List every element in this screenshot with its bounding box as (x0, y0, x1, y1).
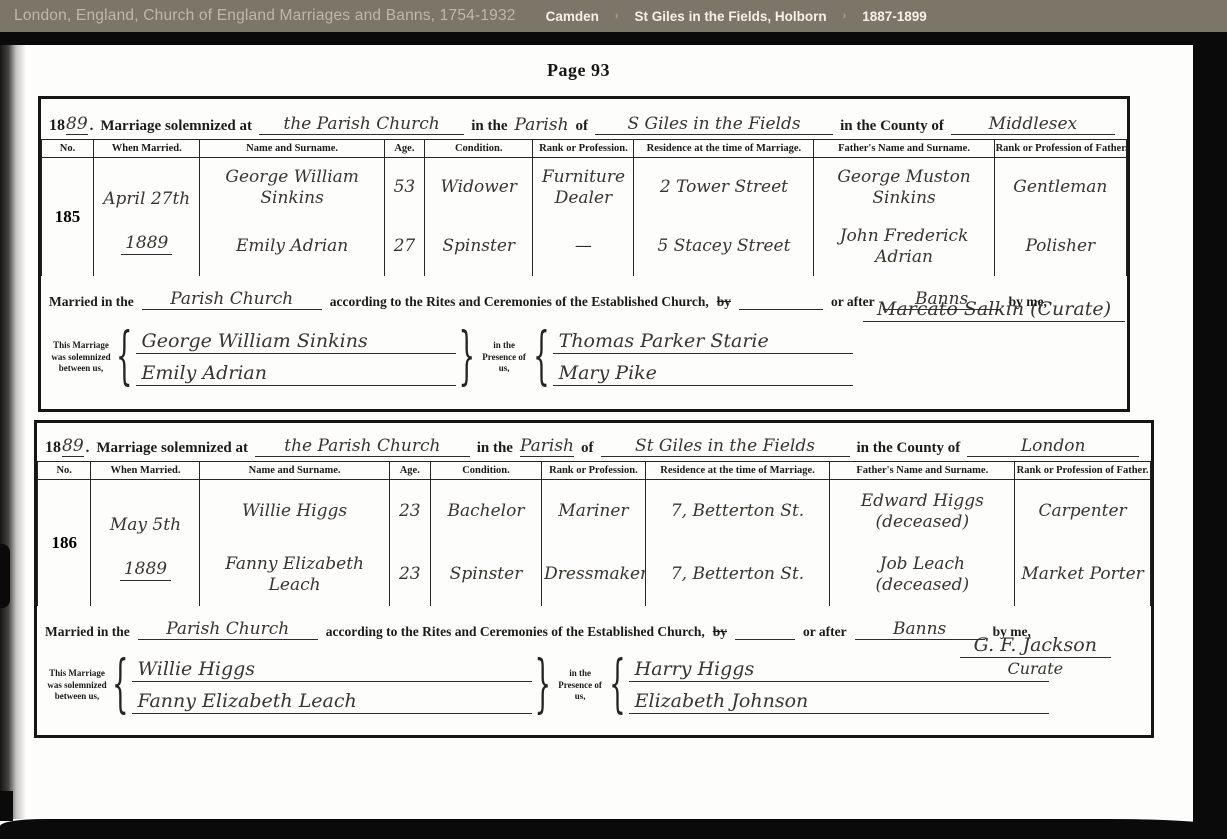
record-title-line: 18 89 . Marriage solemnized at the Paris… (37, 423, 1151, 461)
groom-name: George William Sinkins (200, 158, 384, 219)
officiant-signature: G. F. Jackson (960, 634, 1111, 658)
bride-condition: Spinster (430, 544, 541, 606)
label-married-in: Married in the (49, 294, 134, 310)
groom-signature: Willie Higgs (132, 658, 532, 682)
col-name-surname: Name and Surname. (200, 140, 384, 158)
label-by-struck: by (713, 624, 727, 640)
groom-father-profession: Gentleman (994, 158, 1126, 219)
marriage-record-186: 18 89 . Marriage solemnized at the Paris… (34, 420, 1154, 738)
year-handwritten: 89 (62, 436, 84, 457)
groom-profession: Mariner (542, 480, 646, 545)
officiant-signature-block: G. F. Jackson Curate (960, 634, 1111, 679)
blank-line (739, 295, 823, 310)
col-age: Age. (389, 462, 430, 480)
groom-profession: Furniture Dealer (533, 158, 634, 219)
label-of: of (576, 118, 589, 135)
bride-profession: — (533, 218, 634, 276)
witness-1-signature: Thomas Parker Starie (553, 330, 853, 354)
label-presence: in the Presence of us, (478, 340, 530, 375)
married-in-church: Parish Church (142, 289, 322, 310)
register-table: No. When Married. Name and Surname. Age.… (41, 139, 1127, 276)
bride-father: Job Leach (deceased) (830, 544, 1015, 606)
bride-name: Fanny Elizabeth Leach (200, 544, 389, 606)
record-title-line: 18 89 . Marriage solemnized at the Paris… (41, 99, 1127, 139)
col-rank: Rank or Profession. (542, 462, 646, 480)
blank-line (735, 625, 795, 640)
groom-age: 53 (384, 158, 424, 219)
officiant-title: Curate (960, 658, 1111, 679)
label-county-of: in the County of (857, 440, 961, 457)
groom-signature: George William Sinkins (136, 330, 456, 354)
couple-signatures: George William Sinkins Emily Adrian (136, 330, 456, 386)
marriage-record-185: 18 89 . Marriage solemnized at the Paris… (38, 96, 1130, 412)
bride-row: Emily Adrian 27 Spinster — 5 Stacey Stre… (42, 218, 1127, 276)
breadcrumb-st-giles[interactable]: St Giles in the Fields, Holborn (635, 9, 827, 24)
groom-condition: Bachelor (430, 480, 541, 545)
top-bar: London, England, Church of England Marri… (0, 0, 1227, 32)
col-rank: Rank or Profession. (533, 140, 634, 158)
bride-father-profession: Market Porter (1015, 544, 1151, 606)
col-residence: Residence at the time of Marriage. (645, 462, 830, 480)
year-printed: 18 (45, 439, 61, 457)
groom-residence: 7, Betterton St. (645, 480, 830, 545)
col-condition: Condition. (424, 140, 533, 158)
scan-right-edge (1193, 32, 1227, 839)
church-name: the Parish Church (259, 114, 464, 135)
groom-residence: 2 Tower Street (634, 158, 814, 219)
bride-father: John Frederick Adrian (814, 218, 994, 276)
col-no: No. (38, 462, 91, 480)
col-when-married: When Married. (94, 140, 200, 158)
bride-residence: 5 Stacey Street (634, 218, 814, 276)
col-condition: Condition. (430, 462, 541, 480)
label-according: according to the Rites and Ceremonies of… (330, 294, 709, 310)
brace-open-icon: { (606, 654, 629, 716)
label-according: according to the Rites and Ceremonies of… (326, 624, 705, 640)
col-father-name: Father's Name and Surname. (814, 140, 994, 158)
groom-father: Edward Higgs (deceased) (830, 480, 1015, 545)
when-married-cell: May 5th 1889 (91, 480, 200, 607)
breadcrumb-year-range[interactable]: 1887-1899 (862, 9, 927, 24)
record-number: 185 (42, 158, 94, 277)
label-of: of (581, 440, 594, 457)
bride-row: Fanny Elizabeth Leach 23 Spinster Dressm… (38, 544, 1151, 606)
when-married-cell: April 27th 1889 (94, 158, 200, 277)
col-age: Age. (384, 140, 424, 158)
breadcrumb-separator-icon: › (843, 10, 847, 22)
book-binding-notch (0, 544, 10, 608)
record-number: 186 (38, 480, 91, 607)
witness-signatures: Thomas Parker Starie Mary Pike (553, 330, 853, 386)
parish-word: Parish (520, 436, 574, 457)
witness-2-signature: Mary Pike (553, 362, 853, 386)
scan-top-edge (0, 32, 1227, 45)
bride-signature: Emily Adrian (136, 362, 456, 386)
col-residence: Residence at the time of Marriage. (634, 140, 814, 158)
bride-signature: Fanny Elizabeth Leach (132, 690, 532, 714)
breadcrumb-camden[interactable]: Camden (546, 9, 599, 24)
officiant-signature-block: Marcato Salkin (Curate) (863, 298, 1125, 322)
groom-name: Willie Higgs (200, 480, 389, 545)
col-when-married: When Married. (91, 462, 200, 480)
brace-open-icon: { (530, 326, 553, 388)
groom-condition: Widower (424, 158, 533, 219)
col-father-rank: Rank or Profession of Father. (994, 140, 1126, 158)
breadcrumb-separator-icon: › (615, 10, 619, 22)
label-married-in: Married in the (45, 624, 130, 640)
label-solemnized-at: Marriage solemnized at (100, 118, 252, 135)
book-binding-shadow (0, 45, 26, 819)
bride-age: 27 (384, 218, 424, 276)
label-this-marriage: This Marriage was solemnized between us, (49, 340, 113, 375)
marriage-date: May 5th (93, 515, 197, 536)
groom-father: George Muston Sinkins (814, 158, 994, 219)
married-in-church: Parish Church (138, 619, 318, 640)
column-header-row: No. When Married. Name and Surname. Age.… (42, 140, 1127, 158)
label-this-marriage: This Marriage was solemnized between us, (45, 668, 109, 703)
period: . (86, 440, 90, 457)
bride-father-profession: Polisher (994, 218, 1126, 276)
label-or-after: or after (803, 624, 847, 640)
bride-profession: Dressmaker (542, 544, 646, 606)
county-name: Middlesex (951, 114, 1115, 135)
parish-word: Parish (514, 115, 568, 135)
signatures-section: This Marriage was solemnized between us,… (41, 312, 1127, 409)
brace-open-icon: { (113, 326, 136, 388)
label-by-struck: by (717, 294, 731, 310)
period: . (90, 118, 94, 135)
groom-father-profession: Carpenter (1015, 480, 1151, 545)
col-name-surname: Name and Surname. (200, 462, 389, 480)
couple-signatures: Willie Higgs Fanny Elizabeth Leach (132, 658, 532, 714)
county-name: London (967, 436, 1139, 457)
church-name: the Parish Church (255, 436, 470, 457)
parish-name: St Giles in the Fields (601, 436, 850, 457)
page-number: Page 93 (0, 60, 1227, 81)
year-printed: 18 (49, 117, 65, 135)
col-father-name: Father's Name and Surname. (830, 462, 1015, 480)
label-presence: in the Presence of us, (554, 668, 606, 703)
brace-close-icon: } (456, 326, 479, 388)
column-header-row: No. When Married. Name and Surname. Age.… (38, 462, 1151, 480)
signatures-section: This Marriage was solemnized between us,… (37, 642, 1151, 735)
label-in-the: in the (471, 118, 507, 135)
label-solemnized-at: Marriage solemnized at (96, 440, 248, 457)
label-county-of: in the County of (840, 118, 944, 135)
officiant-signature: Marcato Salkin (Curate) (863, 298, 1125, 322)
collection-title: London, England, Church of England Marri… (14, 7, 516, 25)
witness-2-signature: Elizabeth Johnson (629, 690, 1049, 714)
bride-age: 23 (389, 544, 430, 606)
brace-close-icon: } (532, 654, 555, 716)
groom-row: 186 May 5th 1889 Willie Higgs 23 Bachelo… (38, 480, 1151, 545)
marriage-year: 1889 (120, 559, 171, 581)
scan-bottom-edge (0, 819, 1227, 839)
groom-age: 23 (389, 480, 430, 545)
bride-name: Emily Adrian (200, 218, 384, 276)
brace-open-icon: { (109, 654, 132, 716)
groom-row: 185 April 27th 1889 George William Sinki… (42, 158, 1127, 219)
year-handwritten: 89 (66, 114, 88, 135)
document-scan[interactable]: Page 93 18 89 . Marriage solemnized at t… (0, 32, 1227, 839)
col-father-rank: Rank or Profession of Father. (1015, 462, 1151, 480)
bride-condition: Spinster (424, 218, 533, 276)
label-in-the: in the (477, 440, 513, 457)
marriage-date: April 27th (96, 189, 197, 210)
breadcrumb: Camden › St Giles in the Fields, Holborn… (546, 9, 927, 24)
parish-name: S Giles in the Fields (595, 114, 833, 135)
col-no: No. (42, 140, 94, 158)
marriage-year: 1889 (121, 233, 172, 255)
register-table: No. When Married. Name and Surname. Age.… (37, 461, 1151, 606)
bride-residence: 7, Betterton St. (645, 544, 830, 606)
scan-corner-mark (0, 791, 13, 821)
